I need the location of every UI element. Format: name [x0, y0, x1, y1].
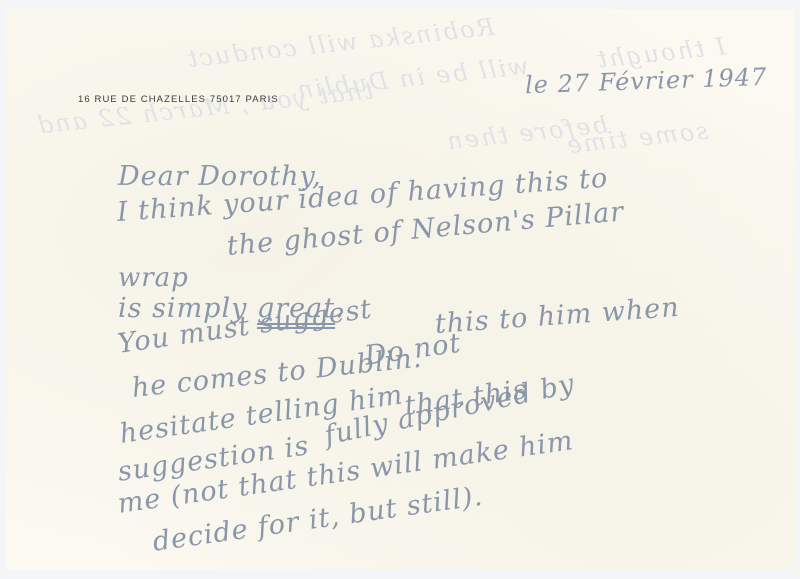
bleed-through-text: that you , March 22 and: [34, 76, 374, 139]
letter-date: le 27 Février 1947: [525, 63, 768, 99]
letter-line: this to him when: [434, 292, 681, 340]
letter-paper: Robinska will conduct will be in Dublin …: [5, 9, 795, 570]
letter-line: Do not: [363, 328, 463, 372]
letterhead-address: 16 RUE DE CHAZELLES 75017 PARIS: [78, 94, 279, 105]
letter-line: wrap: [118, 263, 189, 293]
